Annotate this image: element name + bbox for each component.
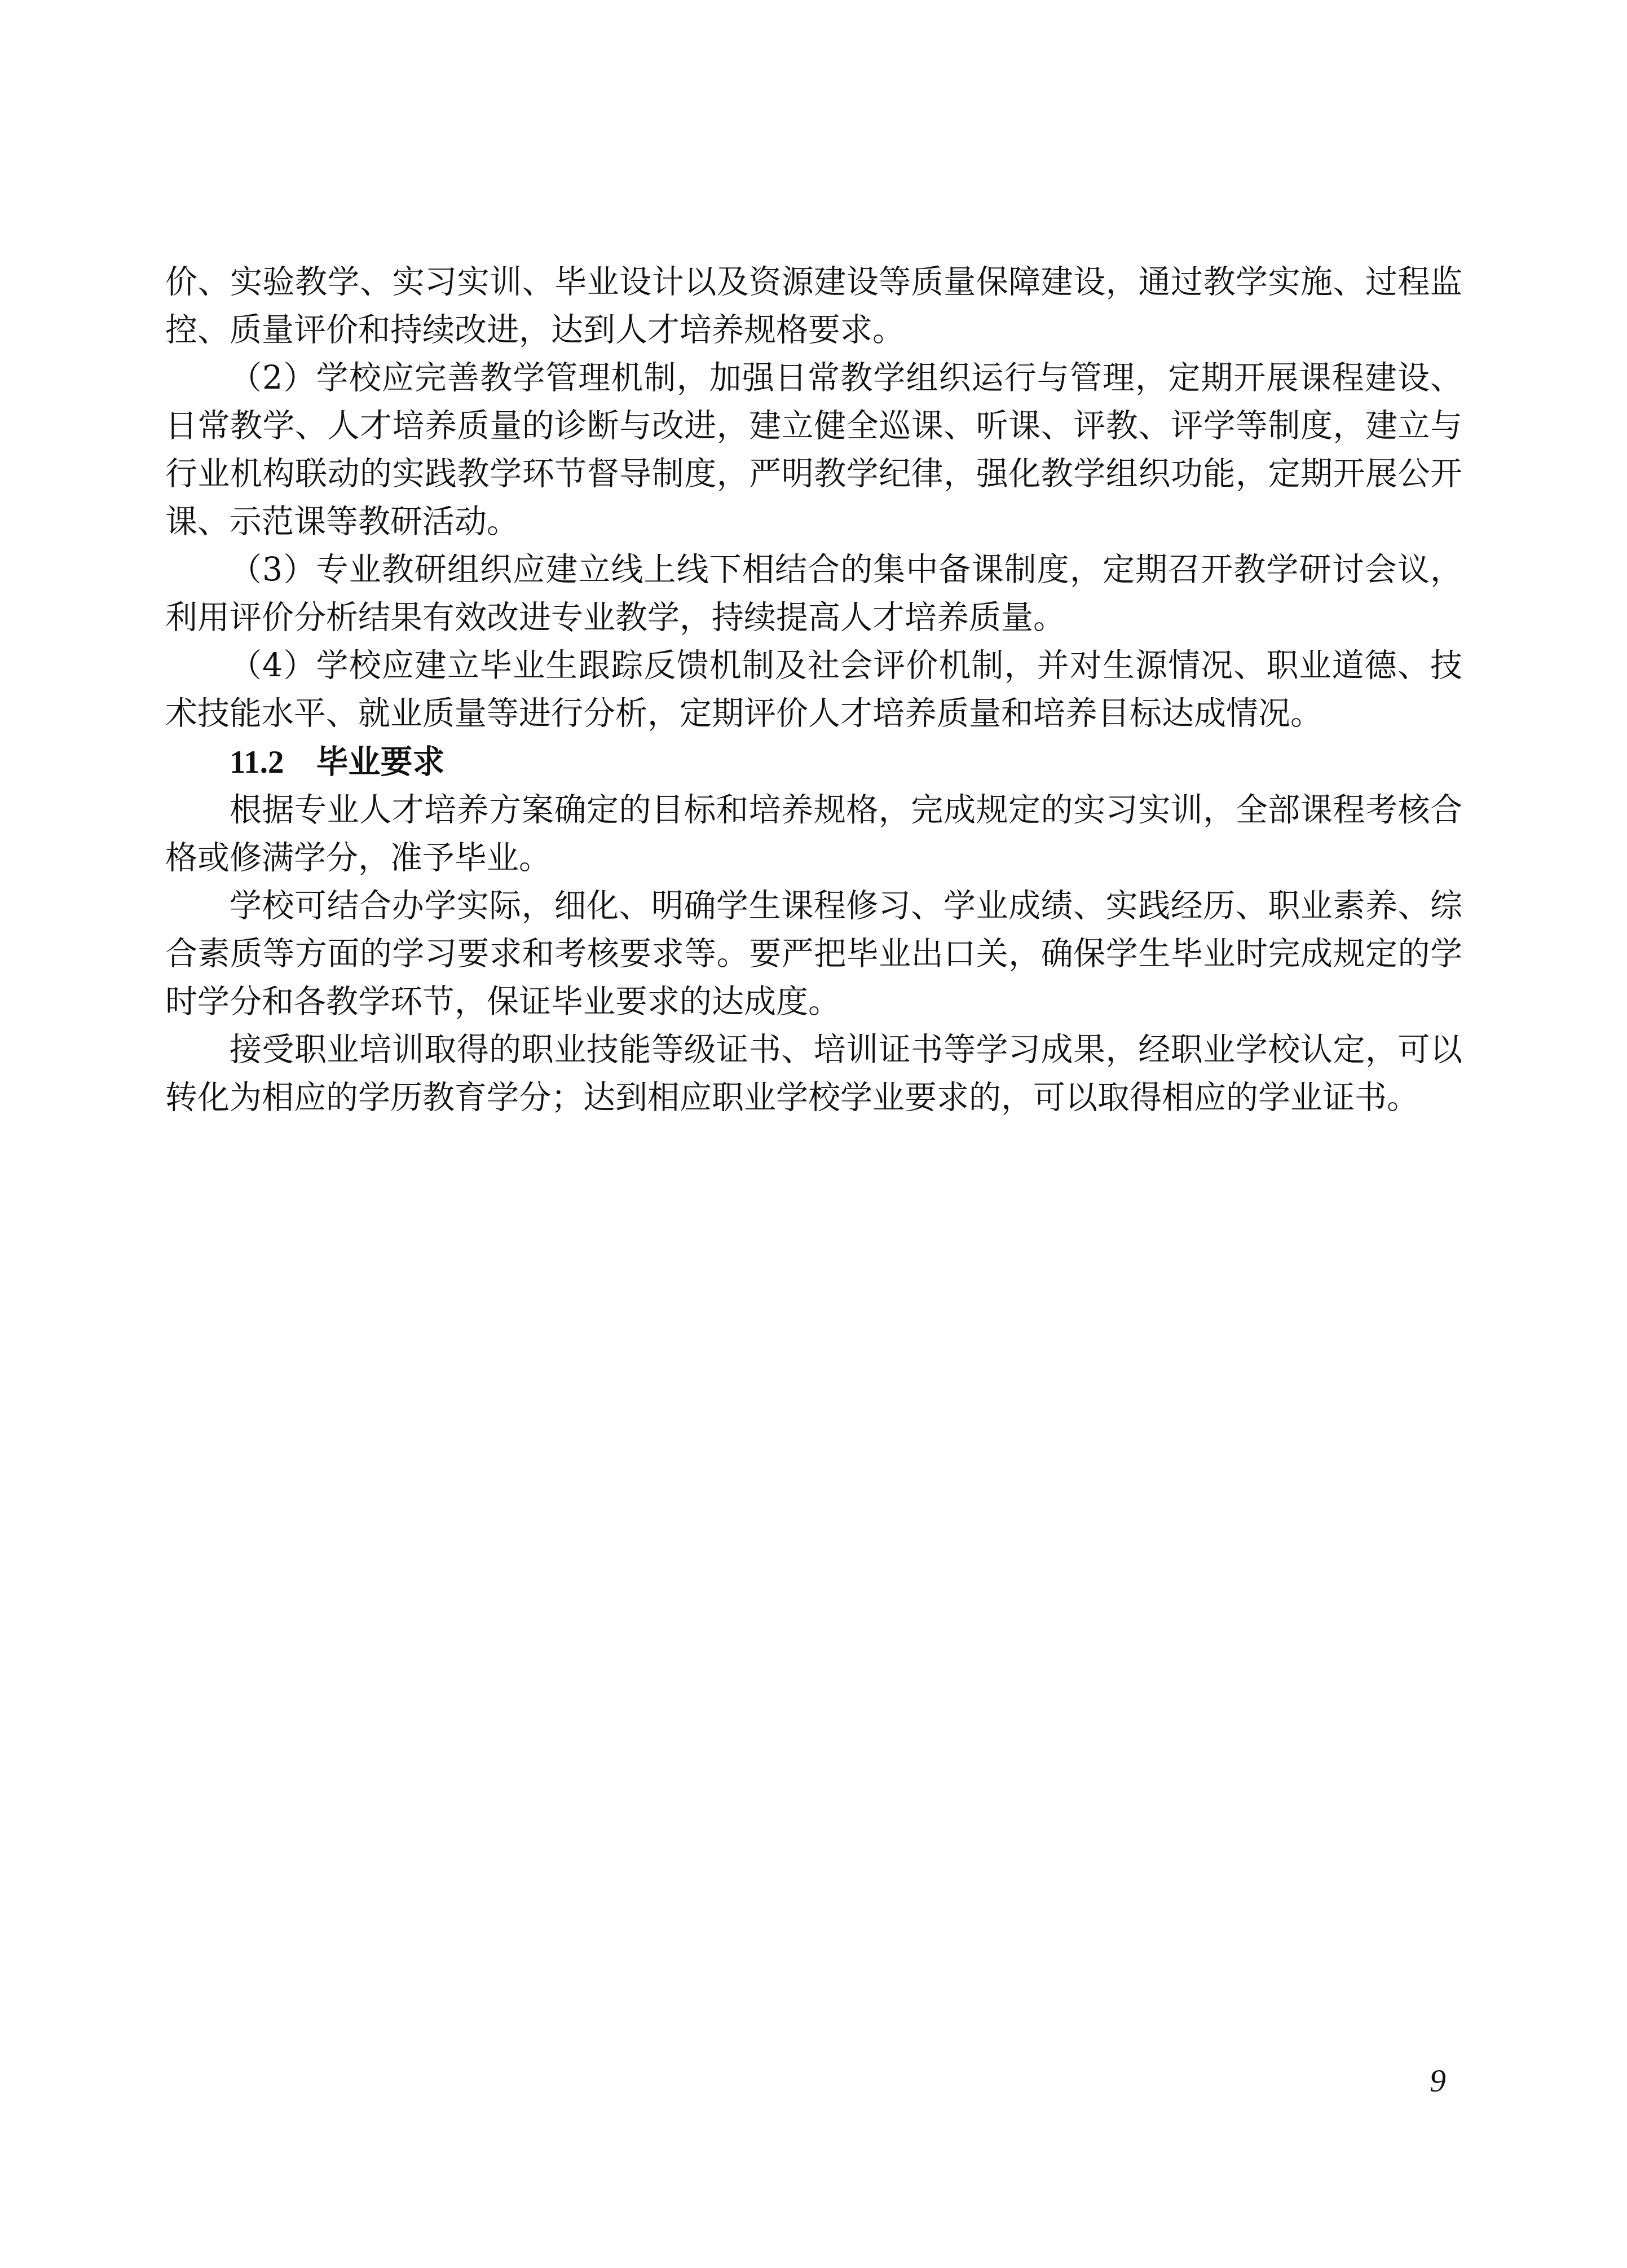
- paragraph-item-4: （4）学校应建立毕业生跟踪反馈机制及社会评价机制，并对生源情况、职业道德、技术技…: [165, 642, 1462, 738]
- document-body: 价、实验教学、实习实训、毕业设计以及资源建设等质量保障建设，通过教学实施、过程监…: [165, 258, 1462, 1122]
- section-title: 毕业要求: [316, 743, 445, 781]
- paragraph-graduation-2: 学校可结合办学实际，细化、明确学生课程修习、学业成绩、实践经历、职业素养、综合素…: [165, 882, 1462, 1026]
- paragraph-graduation-1: 根据专业人才培养方案确定的目标和培养规格，完成规定的实习实训，全部课程考核合格或…: [165, 786, 1462, 882]
- paragraph-item-3: （3）专业教研组织应建立线上线下相结合的集中备课制度，定期召开教学研讨会议，利用…: [165, 546, 1462, 642]
- paragraph-item-2: （2）学校应完善教学管理机制，加强日常教学组织运行与管理，定期开展课程建设、日常…: [165, 354, 1462, 546]
- section-heading: 11.2毕业要求: [165, 738, 1462, 786]
- paragraph-continuation: 价、实验教学、实习实训、毕业设计以及资源建设等质量保障建设，通过教学实施、过程监…: [165, 258, 1462, 354]
- page-number: 9: [1430, 2064, 1446, 2097]
- paragraph-graduation-3: 接受职业培训取得的职业技能等级证书、培训证书等学习成果，经职业学校认定，可以转化…: [165, 1026, 1462, 1122]
- section-number: 11.2: [230, 745, 284, 780]
